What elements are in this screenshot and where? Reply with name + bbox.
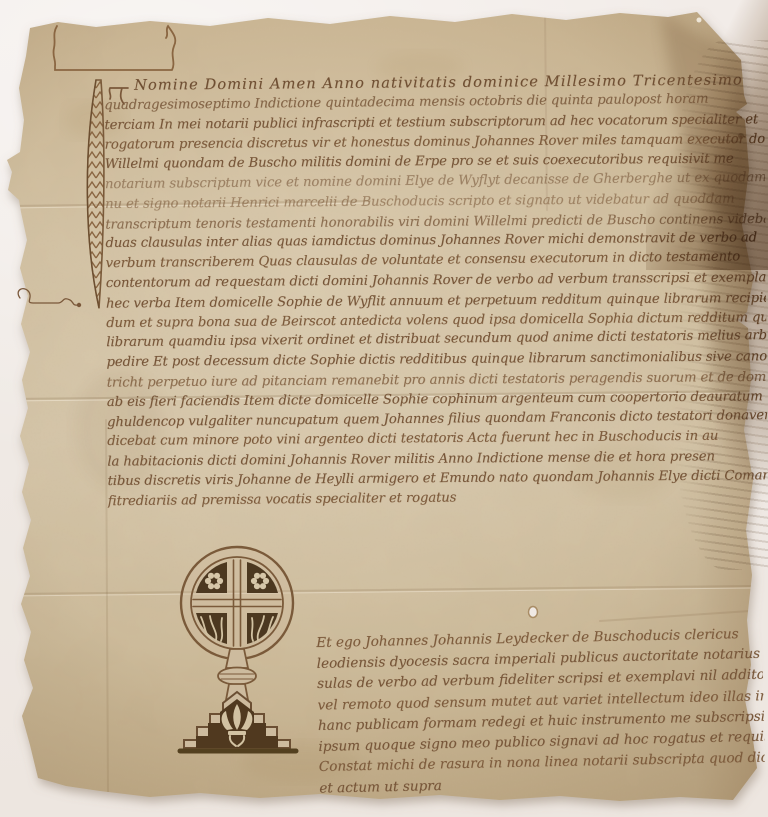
wormhole [529,607,538,618]
main-text-block: Nomine Domini Amen Anno nativitatis domi… [104,70,768,511]
light-spot [697,18,702,23]
sign-outer-ring [181,547,293,659]
closing-text-block: Et ego Johannes Johannis Leydecker de Bu… [316,624,765,799]
manuscript-photo: Nomine Domini Amen Anno nativitatis domi… [0,0,768,817]
